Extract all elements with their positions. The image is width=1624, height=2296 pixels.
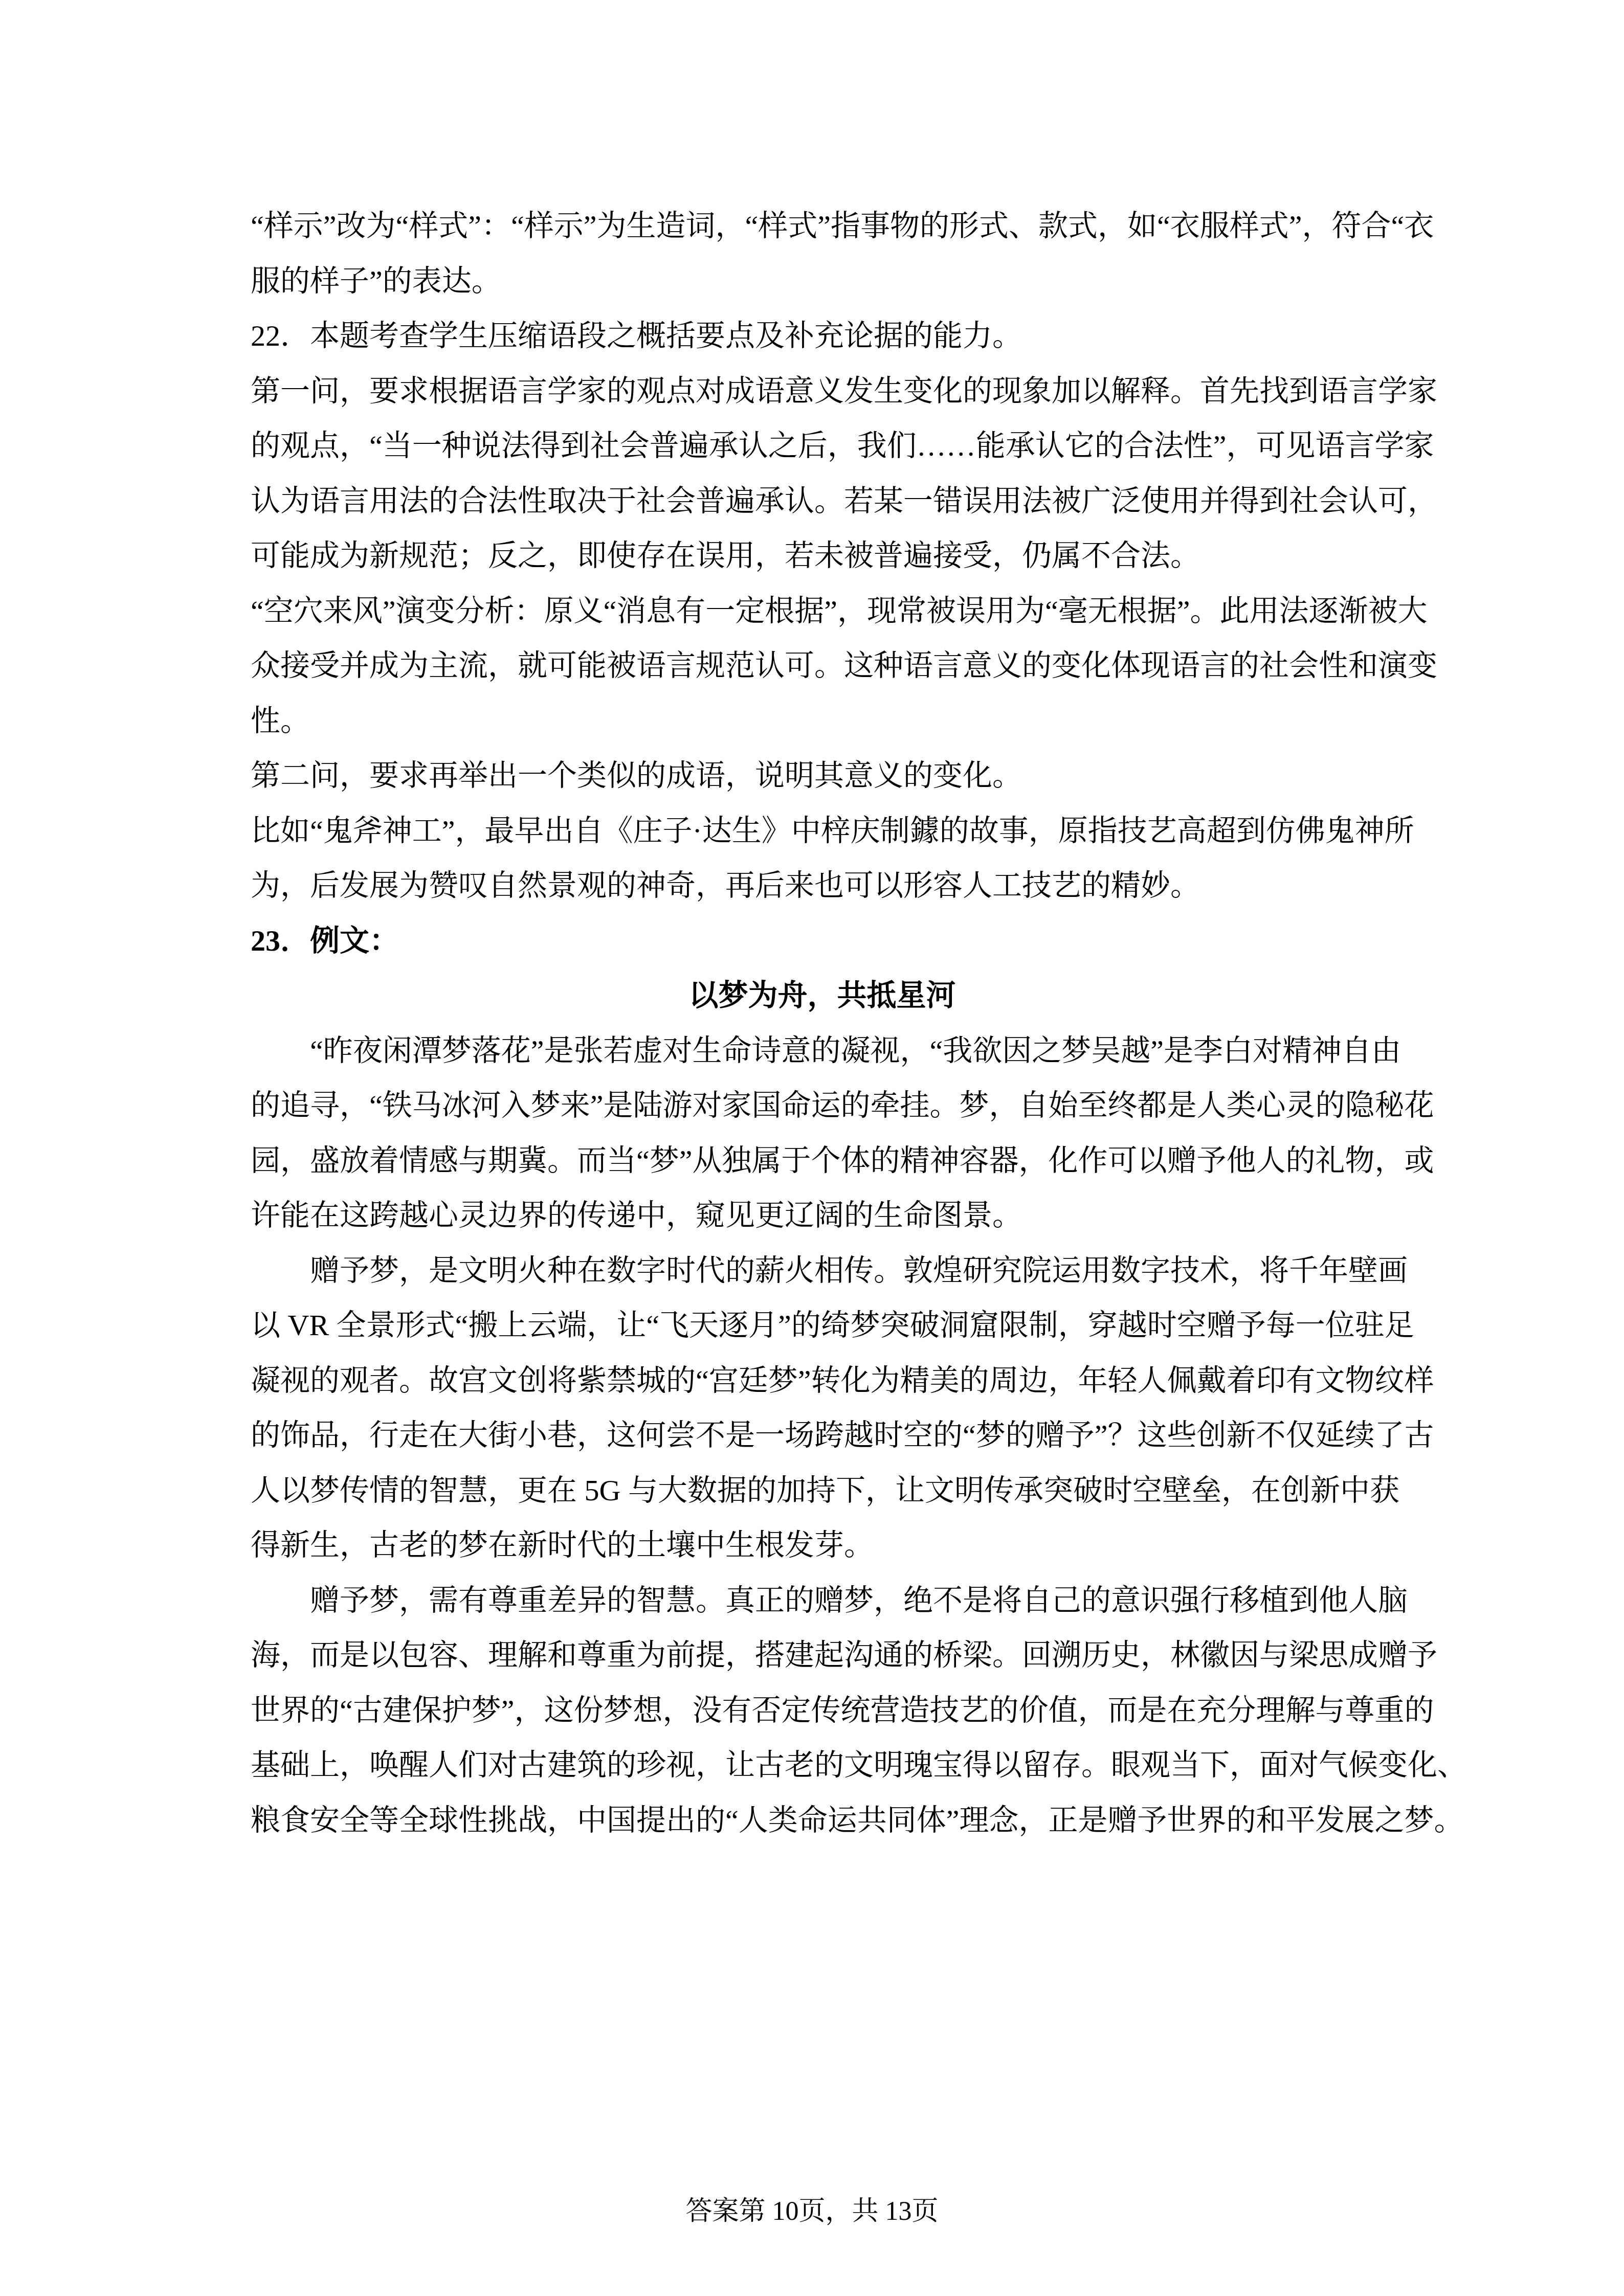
- essay-paragraph-line: 凝视的观者。故宫文创将紫禁城的“宫廷梦”转化为精美的周边，年轻人佩戴着印有文物纹…: [251, 1353, 1394, 1408]
- text-line: 第二问，要求再举出一个类似的成语，说明其意义的变化。: [251, 748, 1394, 803]
- text-line: 第一问，要求根据语言学家的观点对成语意义发生变化的现象加以解释。首先找到语言学家: [251, 364, 1394, 419]
- essay-paragraph-line: 基础上，唤醒人们对古建筑的珍视，让古老的文明瑰宝得以留存。眼观当下，面对气候变化…: [251, 1738, 1394, 1793]
- essay-paragraph-line: 许能在这跨越心灵边界的传递中，窥见更辽阔的生命图景。: [251, 1188, 1394, 1243]
- text-line: 认为语言用法的合法性取决于社会普遍承认。若某一错误用法被广泛使用并得到社会认可，: [251, 474, 1394, 529]
- question-22-heading: 22．本题考查学生压缩语段之概括要点及补充论据的能力。: [251, 308, 1394, 364]
- essay-paragraph-line: 得新生，古老的梦在新时代的土壤中生根发芽。: [251, 1518, 1394, 1573]
- text-line: “样示”改为“样式”：“样示”为生造词，“样式”指事物的形式、款式，如“衣服样式…: [251, 198, 1394, 254]
- essay-paragraph-line: 人以梦传情的智慧，更在 5G 与大数据的加持下，让文明传承突破时空壁垒，在创新中…: [251, 1463, 1394, 1518]
- essay-paragraph-line: 粮食安全等全球性挑战，中国提出的“人类命运共同体”理念，正是赠予世界的和平发展之…: [251, 1793, 1394, 1848]
- text-line: “空穴来风”演变分析：原义“消息有一定根据”，现常被误用为“毫无根据”。此用法逐…: [251, 583, 1394, 639]
- text-line: 众接受并成为主流，就可能被语言规范认可。这种语言意义的变化体现语言的社会性和演变: [251, 638, 1394, 693]
- text-line: 为，后发展为赞叹自然景观的神奇，再后来也可以形容人工技艺的精妙。: [251, 858, 1394, 913]
- text-line: 服的样子”的表达。: [251, 254, 1394, 309]
- essay-paragraph-line: 的追寻，“铁马冰河入梦来”是陆游对家国命运的牵挂。梦，自始至终都是人类心灵的隐秘…: [251, 1078, 1394, 1133]
- document-body: “样示”改为“样式”：“样示”为生造词，“样式”指事物的形式、款式，如“衣服样式…: [251, 198, 1394, 1848]
- page-number-footer: 答案第 10页，共 13页: [0, 2194, 1624, 2230]
- essay-paragraph-line: 赠予梦，是文明火种在数字时代的薪火相传。敦煌研究院运用数字技术，将千年壁画: [251, 1243, 1394, 1298]
- text-line: 比如“鬼斧神工”，最早出自《庄子·达生》中梓庆制鐻的故事，原指技艺高超到仿佛鬼神…: [251, 803, 1394, 859]
- essay-paragraph-line: “昨夜闲潭梦落花”是张若虚对生命诗意的凝视，“我欲因之梦吴越”是李白对精神自由: [251, 1023, 1394, 1078]
- essay-paragraph-line: 世界的“古建保护梦”，这份梦想，没有否定传统营造技艺的价值，而是在充分理解与尊重…: [251, 1683, 1394, 1738]
- essay-paragraph-line: 以 VR 全景形式“搬上云端，让“飞天逐月”的绮梦突破洞窟限制，穿越时空赠予每一…: [251, 1298, 1394, 1353]
- text-line: 可能成为新规范；反之，即使存在误用，若未被普遍接受，仍属不合法。: [251, 528, 1394, 583]
- text-line: 的观点，“当一种说法得到社会普遍承认之后，我们……能承认它的合法性”，可见语言学…: [251, 418, 1394, 474]
- essay-paragraph-line: 赠予梦，需有尊重差异的智慧。真正的赠梦，绝不是将自己的意识强行移植到他人脑: [251, 1573, 1394, 1628]
- question-23-heading: 23．例文：: [251, 913, 1394, 969]
- essay-paragraph-line: 海，而是以包容、理解和尊重为前提，搭建起沟通的桥梁。回溯历史，林徽因与梁思成赠予: [251, 1628, 1394, 1683]
- text-line: 性。: [251, 693, 1394, 749]
- essay-paragraph-line: 的饰品，行走在大街小巷，这何尝不是一场跨越时空的“梦的赠予”？这些创新不仅延续了…: [251, 1408, 1394, 1463]
- essay-paragraph-line: 园，盛放着情感与期冀。而当“梦”从独属于个体的精神容器，化作可以赠予他人的礼物，…: [251, 1133, 1394, 1188]
- essay-title: 以梦为舟，共抵星河: [251, 968, 1394, 1023]
